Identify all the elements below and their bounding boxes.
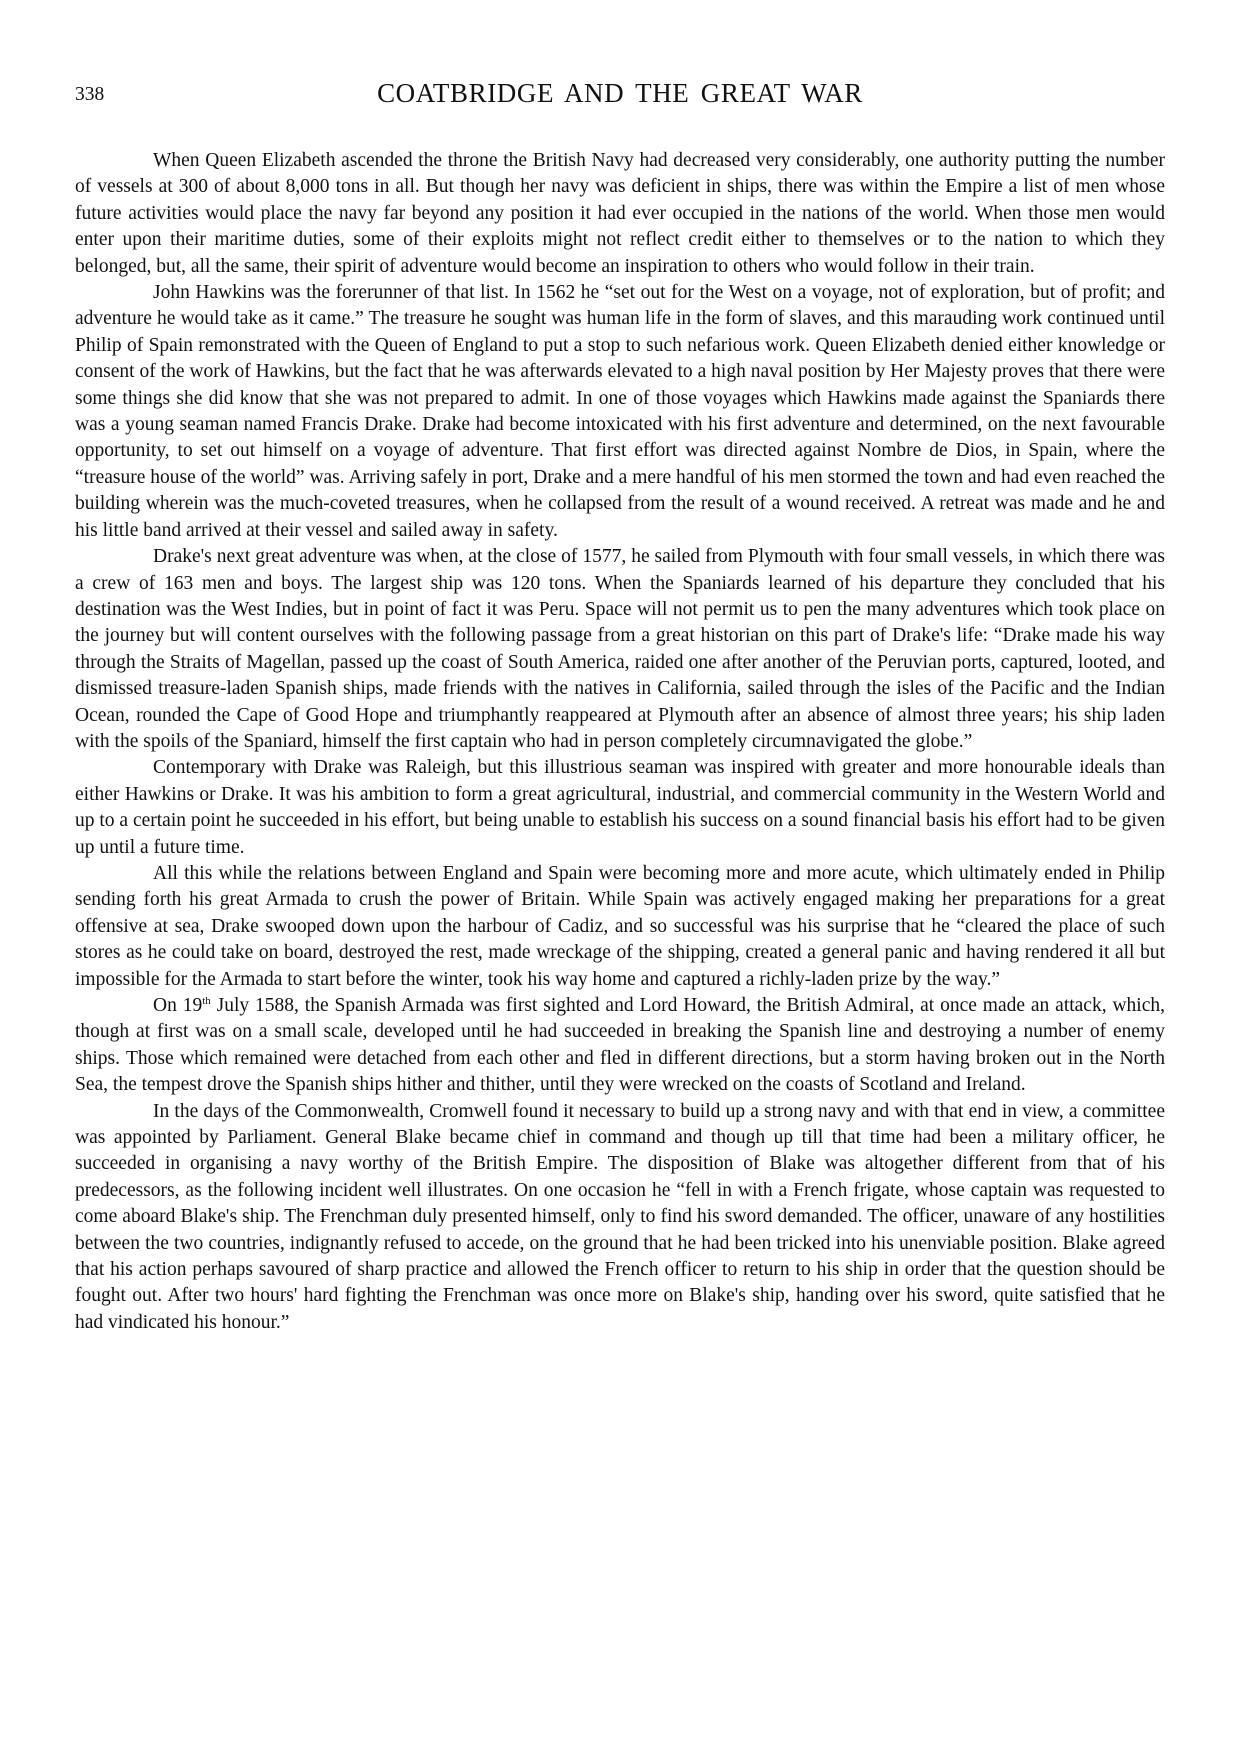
- running-head: 338 COATBRIDGE AND THE GREAT WAR: [75, 78, 1165, 108]
- paragraph-cromwell-blake: In the days of the Commonwealth, Cromwel…: [75, 1099, 1165, 1337]
- paragraph-england-spain-cadiz: All this while the relations between Eng…: [75, 861, 1165, 993]
- paragraph-john-hawkins: John Hawkins was the forerunner of that …: [75, 280, 1165, 544]
- document-page: 338 COATBRIDGE AND THE GREAT WAR When Qu…: [0, 0, 1240, 1754]
- armada-text-before: On 19: [153, 995, 202, 1016]
- armada-text-after: July 1588, the Spanish Armada was first …: [75, 995, 1165, 1095]
- paragraph-drake-circumnavigation: Drake's next great adventure was when, a…: [75, 544, 1165, 755]
- paragraph-queen-elizabeth-navy: When Queen Elizabeth ascended the throne…: [75, 148, 1165, 280]
- running-title: COATBRIDGE AND THE GREAT WAR: [75, 78, 1165, 108]
- body-text: When Queen Elizabeth ascended the throne…: [75, 148, 1165, 1336]
- ordinal-superscript: th: [202, 995, 211, 1007]
- paragraph-spanish-armada: On 19th July 1588, the Spanish Armada wa…: [75, 993, 1165, 1099]
- paragraph-raleigh: Contemporary with Drake was Raleigh, but…: [75, 755, 1165, 861]
